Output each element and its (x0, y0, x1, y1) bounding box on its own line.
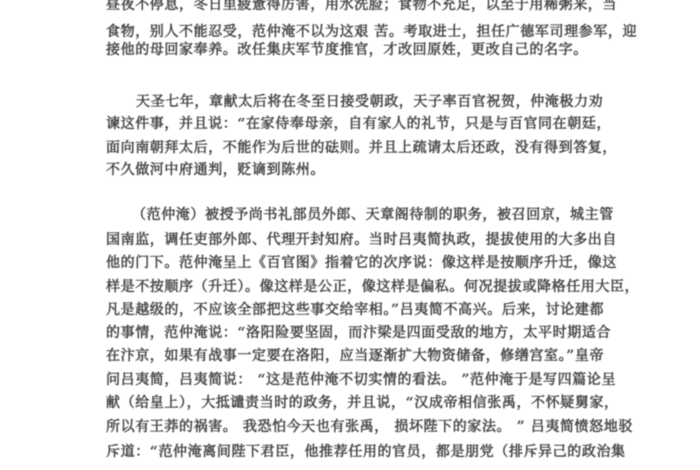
text-line: 接他的母回家奉养。改任集庆军节度推官，才改回原姓，更改自己的名字。 (106, 42, 588, 58)
text-line: 食物，别人不能忍受，范仲淹不以为这艰 苦。考取进士，担任广德军司理参军，迎 (106, 24, 637, 40)
text-line: 国南监，调任吏部外郎、代理开封知府。当时吕夷简执政，提拔使用的大多出自 (106, 232, 617, 248)
text-line: 的事情，范仲淹说：“洛阳险要坚固，而汴梁是四面受敌的地方，太平时期适合 (106, 325, 611, 341)
text-line: 谏这件事，并且说：“在家侍奉母亲，自有家人的礼节，只是与百官同在朝廷， (106, 116, 611, 132)
text-line: 斥道：“范仲淹离间陛下君臣，他推荐任用的官员，都是朋党（排斥异己的政治集 (106, 444, 626, 460)
document-page: 昼夜不停息，冬日里疲惫得厉害，用水洗脸；食物不充足，以至于用稀粥来，当 食物，别… (0, 0, 700, 470)
text-line: 问吕夷简，吕夷简说： “这是范仲淹不切实情的看法。 ”范仲淹于是写四篇论呈 (106, 372, 616, 388)
text-line: 面向南朝拜太后，不能作为后世的砝则。并且上疏请太后还政，没有得到答复， (106, 140, 617, 156)
text-line: （范仲淹）被授予尚书礼部员外郎、天章阁待制的职务，被召回京，城主管 (132, 207, 614, 223)
text-line: 昼夜不停息，冬日里疲惫得厉害，用水洗脸；食物不充足，以至于用稀粥来，当 (106, 0, 617, 13)
text-line: 献（给皇上），大抵谴责当时的政务，并且说，“汉成帝相信张禹，不怀疑舅家， (106, 395, 619, 411)
text-line: 天圣七年，章献太后将在冬至日接受朝政，天子率百官祝贺，仲淹极力劝 (136, 94, 603, 110)
text-line: 样是不按顺序（升迁）。像这样是公正，像这样是偏私。何况提拔或降格任用大臣， (106, 279, 639, 295)
text-line: 不久做河中府通判，贬谪到陈州。 (106, 162, 325, 178)
text-line: 凡是越级的，不应该全部把这些事交给宰相。”吕夷简不高兴。后来，讨论建都 (106, 302, 604, 318)
text-line: 在汴京，如果有战事一定要在洛阳，应当逐渐扩大物资储备，修缮宫室。”皇帝 (106, 348, 604, 364)
text-line: 所以有王莽的祸害。 我恐怕今天也有张禹， 损坏陛下的家法。 ” 吕夷简愤怒地驳 (106, 419, 633, 435)
text-line: 他的门下。范仲淹呈上《百官图》指着它的次序说：像这样是按顺序升迁，像这 (106, 255, 617, 271)
